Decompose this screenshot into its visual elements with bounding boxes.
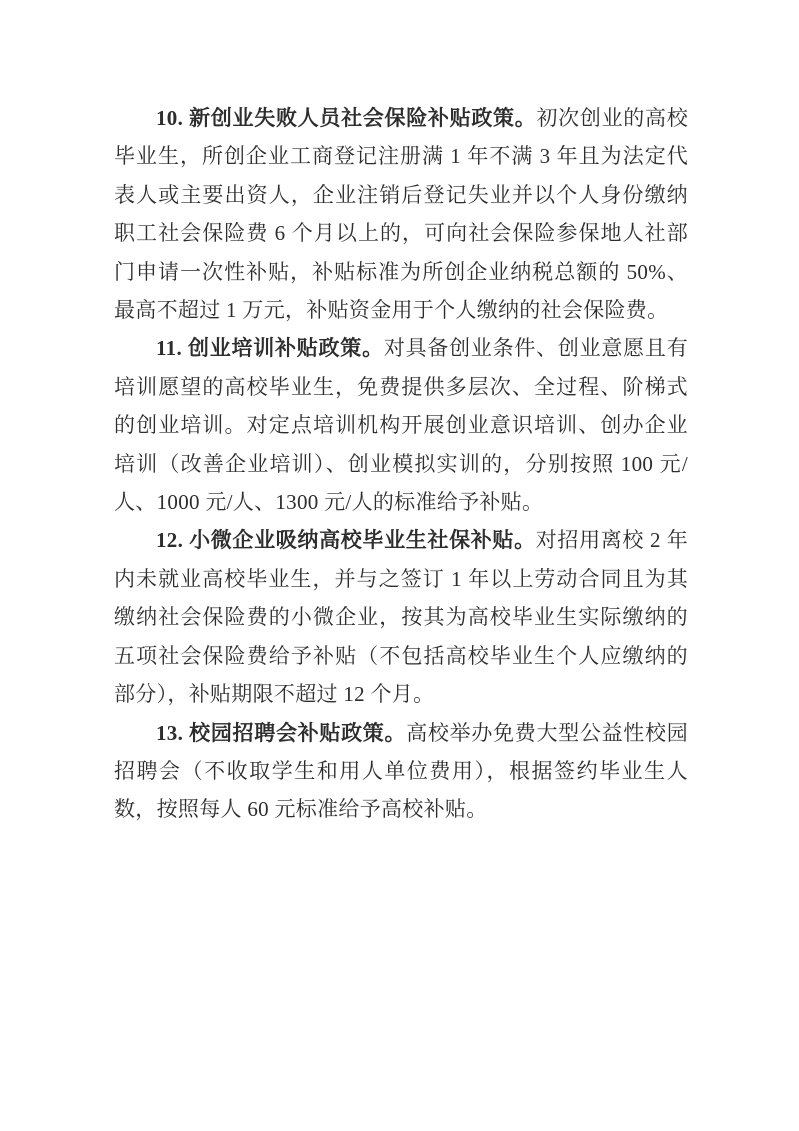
policy-heading-10: 10. 新创业失败人员社会保险补贴政策。 [156,106,536,130]
policy-body-10: 初次创业的高校毕业生，所创企业工商登记注册满 1 年不满 3 年且为法定代表人或… [114,106,688,322]
policy-heading-11: 11. 创业培训补贴政策。 [156,336,384,360]
policy-heading-13: 13. 校园招聘会补贴政策。 [156,721,406,745]
policy-paragraph-10: 10. 新创业失败人员社会保险补贴政策。初次创业的高校毕业生，所创企业工商登记注… [114,99,688,329]
policy-paragraph-13: 13. 校园招聘会补贴政策。高校举办免费大型公益性校园招聘会（不收取学生和用人单… [114,714,688,829]
policy-heading-12: 12. 小微企业吸纳高校毕业生社保补贴。 [156,528,536,552]
policy-paragraph-11: 11. 创业培训补贴政策。对具备创业条件、创业意愿且有培训愿望的高校毕业生，免费… [114,329,688,521]
policy-body-11: 对具备创业条件、创业意愿且有培训愿望的高校毕业生，免费提供多层次、全过程、阶梯式… [114,336,688,514]
document-page: 10. 新创业失败人员社会保险补贴政策。初次创业的高校毕业生，所创企业工商登记注… [0,0,799,1131]
policy-body-12: 对招用离校 2 年内未就业高校毕业生，并与之签订 1 年以上劳动合同且为其缴纳社… [114,528,688,706]
policy-paragraph-12: 12. 小微企业吸纳高校毕业生社保补贴。对招用离校 2 年内未就业高校毕业生，并… [114,521,688,713]
document-content: 10. 新创业失败人员社会保险补贴政策。初次创业的高校毕业生，所创企业工商登记注… [114,99,688,829]
